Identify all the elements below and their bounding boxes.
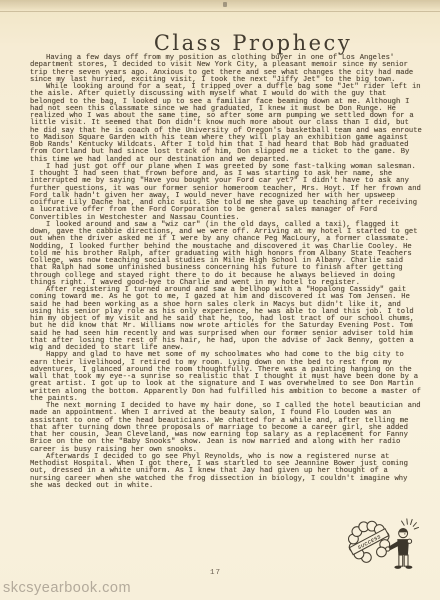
paragraph: After registering I turned around and sa…	[30, 287, 422, 352]
sparkle-rays-icon	[402, 519, 419, 529]
man-leg	[399, 555, 403, 566]
man-hand	[386, 547, 390, 551]
man-hair	[399, 528, 408, 532]
success-cartoon-illustration: SUCCESS	[341, 512, 427, 580]
paragraph: I looked around and saw a "wiz car" (in …	[30, 222, 422, 287]
man-leg	[404, 555, 408, 566]
prophecy-text-block: Having a few days off from my position a…	[30, 55, 422, 490]
paragraph: The next morning I decided to have my ha…	[30, 403, 422, 454]
success-cartoon: SUCCESS	[341, 512, 427, 580]
yearbook-page: Class Prophecy Having a few days off fro…	[0, 0, 440, 600]
man-shoe	[394, 566, 401, 569]
paragraph: Afterwards I decided to go see Phyl Reyn…	[30, 454, 422, 490]
man-shoe	[406, 566, 413, 569]
page-title: Class Prophecy	[0, 31, 440, 55]
man-figure	[386, 519, 419, 569]
scan-speck	[223, 2, 227, 7]
paragraph: While looking around for a seat, I tripp…	[30, 84, 422, 164]
scan-edge-shadow	[0, 0, 440, 12]
man-fist	[407, 539, 411, 543]
paragraph: Having a few days off from my position a…	[30, 55, 422, 84]
paragraph: Happy and glad to have met some of my sc…	[30, 352, 422, 403]
man-eye	[404, 533, 405, 534]
watermark: skcsyearbook.com	[3, 580, 131, 596]
paragraph: I had just got off our plane when I was …	[30, 164, 422, 222]
page-number: 17	[210, 569, 221, 577]
